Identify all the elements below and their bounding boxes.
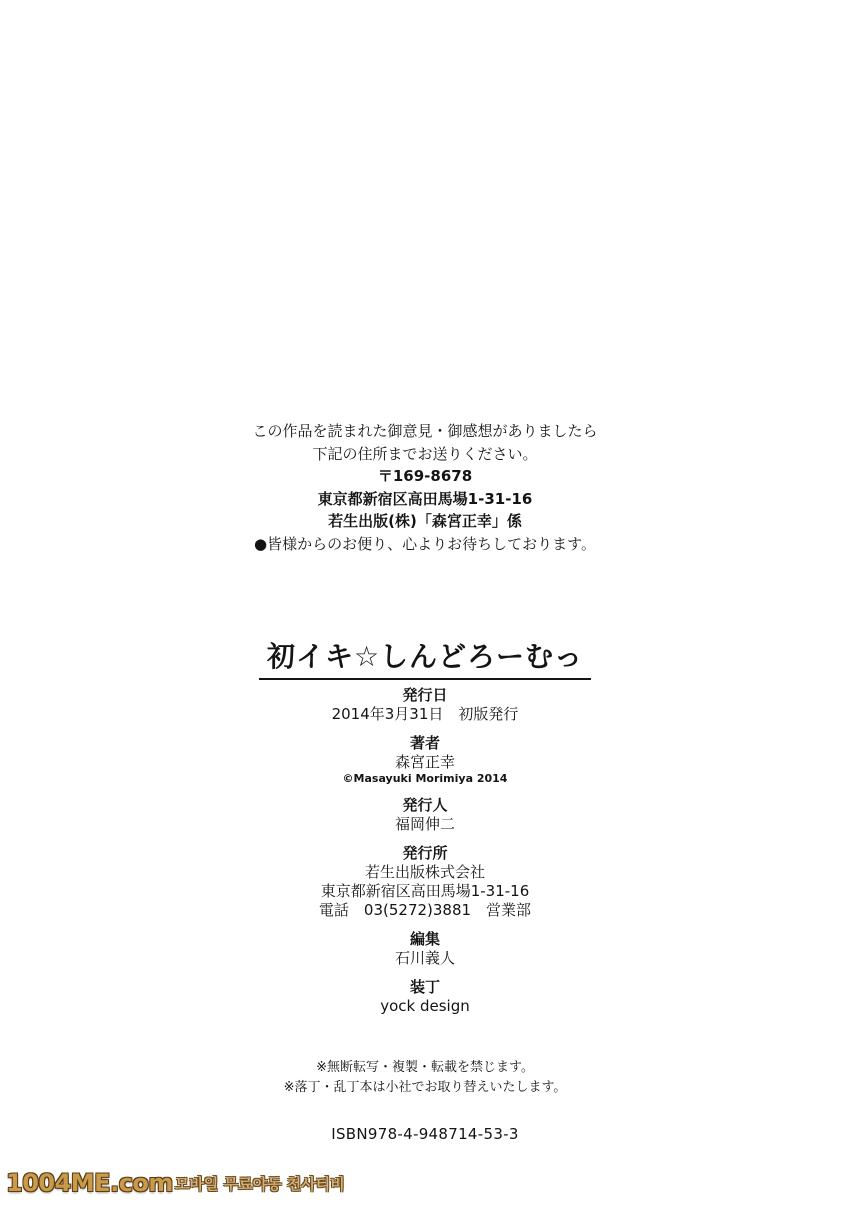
isbn: ISBN978-4-948714-53-3 (0, 1125, 850, 1143)
author-section: 著者 森宮正幸 ©Masayuki Morimiya 2014 (0, 734, 850, 786)
notice-line: ※無断転写・複製・転載を禁じます。 (0, 1058, 850, 1078)
mailing-recipient: 若生出版(株)「森宮正幸」係 (0, 510, 850, 533)
publication-date-section: 発行日 2014年3月31日 初版発行 (0, 686, 850, 724)
publisher-address: 東京都新宿区高田馬場1-31-16 (0, 882, 850, 901)
editor-heading: 編集 (0, 930, 850, 949)
letter-line: この作品を読まれた御意見・御感想がありましたら (0, 420, 850, 443)
letter-line: 下記の住所までお送りください。 (0, 443, 850, 466)
watermark-tagline: 모바일 무료야동 천사티비 (175, 1173, 345, 1194)
watermark: 1004ME.com 모바일 무료야동 천사티비 (6, 1168, 345, 1198)
author-heading: 著者 (0, 734, 850, 753)
notice-line: ※落丁・乱丁本は小社でお取り替えいたします。 (0, 1078, 850, 1098)
notices: ※無断転写・複製・転載を禁じます。 ※落丁・乱丁本は小社でお取り替えいたします。 (0, 1058, 850, 1098)
postal-code: 〒169-8678 (0, 465, 850, 488)
letter-line: ●皆様からのお便り、心よりお待ちしております。 (0, 533, 850, 556)
copyright-notice: ©Masayuki Morimiya 2014 (0, 772, 850, 786)
reader-letter-block: この作品を読まれた御意見・御感想がありましたら 下記の住所までお送りください。 … (0, 420, 850, 555)
publisher-heading: 発行所 (0, 844, 850, 863)
colophon: 発行日 2014年3月31日 初版発行 著者 森宮正幸 ©Masayuki Mo… (0, 686, 850, 1026)
mailing-address: 東京都新宿区高田馬場1-31-16 (0, 488, 850, 511)
watermark-brand: 1004ME.com (6, 1169, 173, 1197)
publisher-person-heading: 発行人 (0, 796, 850, 815)
editor-section: 編集 石川義人 (0, 930, 850, 968)
book-title-wrap: 初イキ☆しんどろーむっ (0, 640, 850, 680)
publisher-section: 発行所 若生出版株式会社 東京都新宿区高田馬場1-31-16 電話 03(527… (0, 844, 850, 920)
publisher-person-name: 福岡伸二 (0, 815, 850, 834)
publisher-company: 若生出版株式会社 (0, 863, 850, 882)
design-heading: 装丁 (0, 978, 850, 997)
design-value: yock design (0, 997, 850, 1016)
publisher-person-section: 発行人 福岡伸二 (0, 796, 850, 834)
publication-date-value: 2014年3月31日 初版発行 (0, 705, 850, 724)
publication-date-heading: 発行日 (0, 686, 850, 705)
author-name: 森宮正幸 (0, 753, 850, 772)
editor-name: 石川義人 (0, 949, 850, 968)
book-title: 初イキ☆しんどろーむっ (259, 640, 591, 680)
design-section: 装丁 yock design (0, 978, 850, 1016)
publisher-phone: 電話 03(5272)3881 営業部 (0, 901, 850, 920)
